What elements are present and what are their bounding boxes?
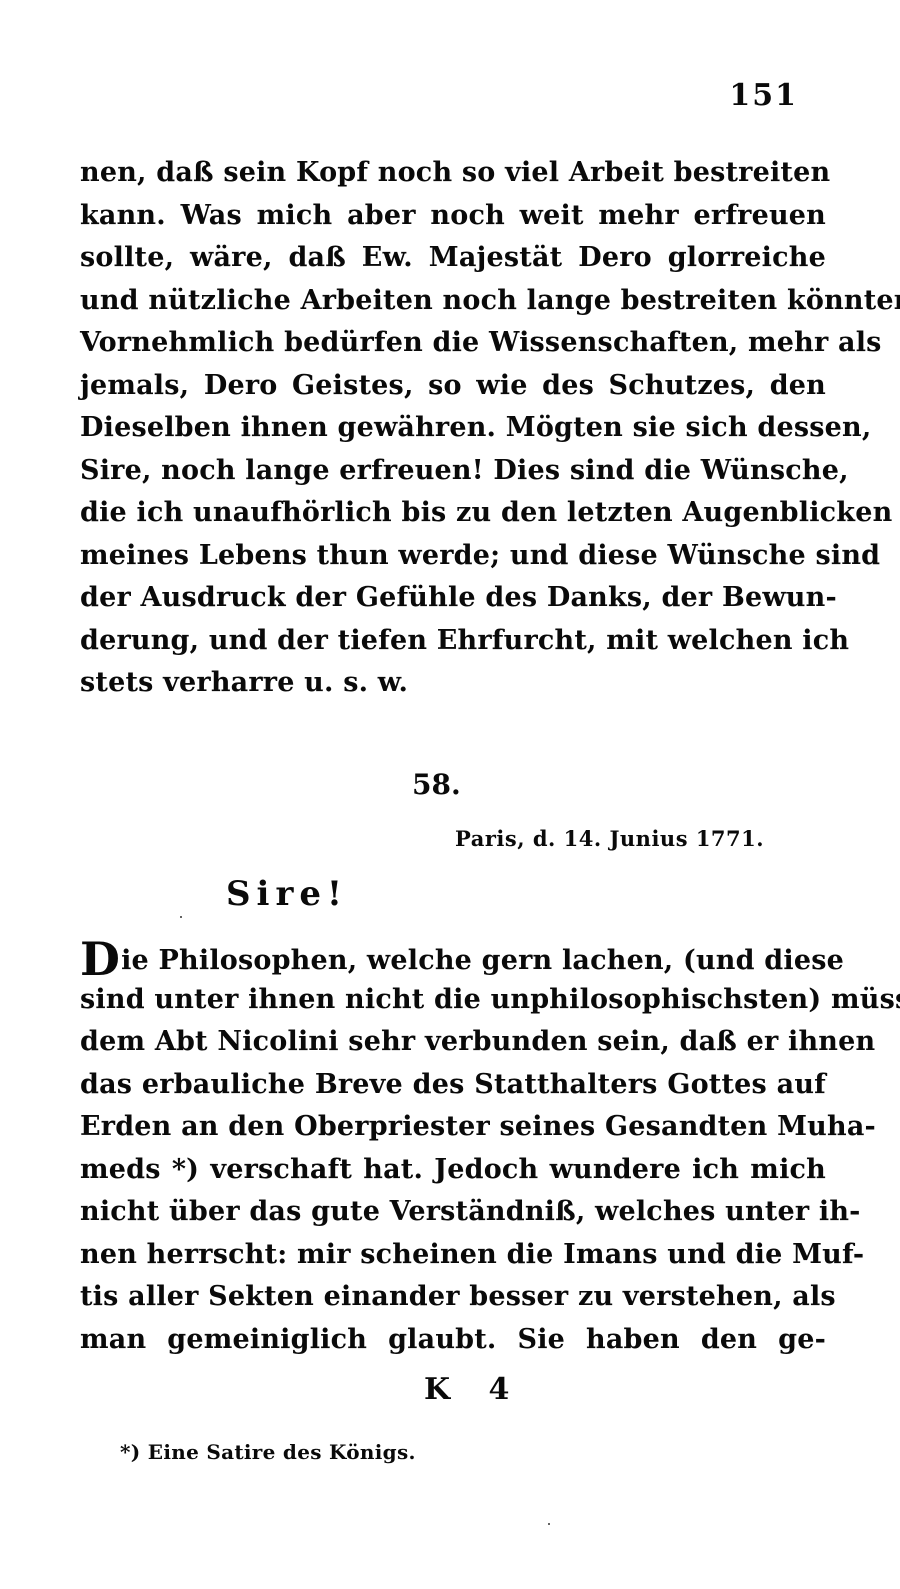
text-line: dem Abt Nicolini sehr verbunden sein, da… [80, 1021, 826, 1064]
text-line: der Ausdruck der Gefühle des Danks, der … [80, 577, 826, 620]
letter-dateline: Paris, d. 14. Junius 1771. [455, 826, 764, 851]
text-line: derung, und der tiefen Ehrfurcht, mit we… [80, 620, 826, 663]
book-page: 151 nen, daß sein Kopf noch so viel Arbe… [0, 0, 900, 1589]
text-line: Erden an den Oberpriester seines Gesandt… [80, 1106, 826, 1149]
text-line: kann. Was mich aber noch weit mehr erfre… [80, 195, 826, 238]
letter-number: 58. [412, 768, 461, 801]
text-line: meines Lebens thun werde; und diese Wüns… [80, 535, 826, 578]
drop-initial: D [80, 932, 120, 986]
text-line: man gemeiniglich glaubt. Sie haben den g… [80, 1319, 826, 1362]
first-line-text: ie Philosophen, welche gern lachen, (und… [121, 945, 844, 976]
text-line: stets verharre u. s. w. [80, 662, 826, 705]
footnote: *) Eine Satire des Königs. [120, 1440, 416, 1464]
scan-speck [548, 1523, 550, 1525]
text-line: sollte, wäre, daß Ew. Majestät Dero glor… [80, 237, 826, 280]
text-line: nicht über das gute Verständniß, welches… [80, 1191, 826, 1234]
text-line: jemals, Dero Geistes, so wie des Schutze… [80, 365, 826, 408]
continuation-paragraph: nen, daß sein Kopf noch so viel Arbeit b… [80, 152, 826, 705]
text-line: meds *) verschaft hat. Jedoch wundere ic… [80, 1149, 826, 1192]
page-number: 151 [729, 78, 798, 113]
text-line: nen herrscht: mir scheinen die Imans und… [80, 1234, 826, 1277]
text-line-first: Die Philosophen, welche gern lachen, (un… [80, 936, 826, 979]
text-line: tis aller Sekten einander besser zu vers… [80, 1276, 826, 1319]
letter-salutation: Sire! [226, 874, 348, 914]
text-line: und nützliche Arbeiten noch lange bestre… [80, 280, 826, 323]
text-line: Vornehmlich bedürfen die Wissenschaften,… [80, 322, 826, 365]
scan-speck [180, 916, 182, 918]
text-line: sind unter ihnen nicht die unphilosophis… [80, 979, 826, 1022]
text-line: die ich unaufhörlich bis zu den letzten … [80, 492, 826, 535]
text-line: Sire, noch lange erfreuen! Dies sind die… [80, 450, 826, 493]
text-line: nen, daß sein Kopf noch so viel Arbeit b… [80, 152, 826, 195]
text-line: das erbauliche Breve des Statthalters Go… [80, 1064, 826, 1107]
text-line: Dieselben ihnen gewähren. Mögten sie sic… [80, 407, 826, 450]
signature-mark: K 4 [424, 1372, 523, 1407]
letter-body: Die Philosophen, welche gern lachen, (un… [80, 936, 826, 1361]
